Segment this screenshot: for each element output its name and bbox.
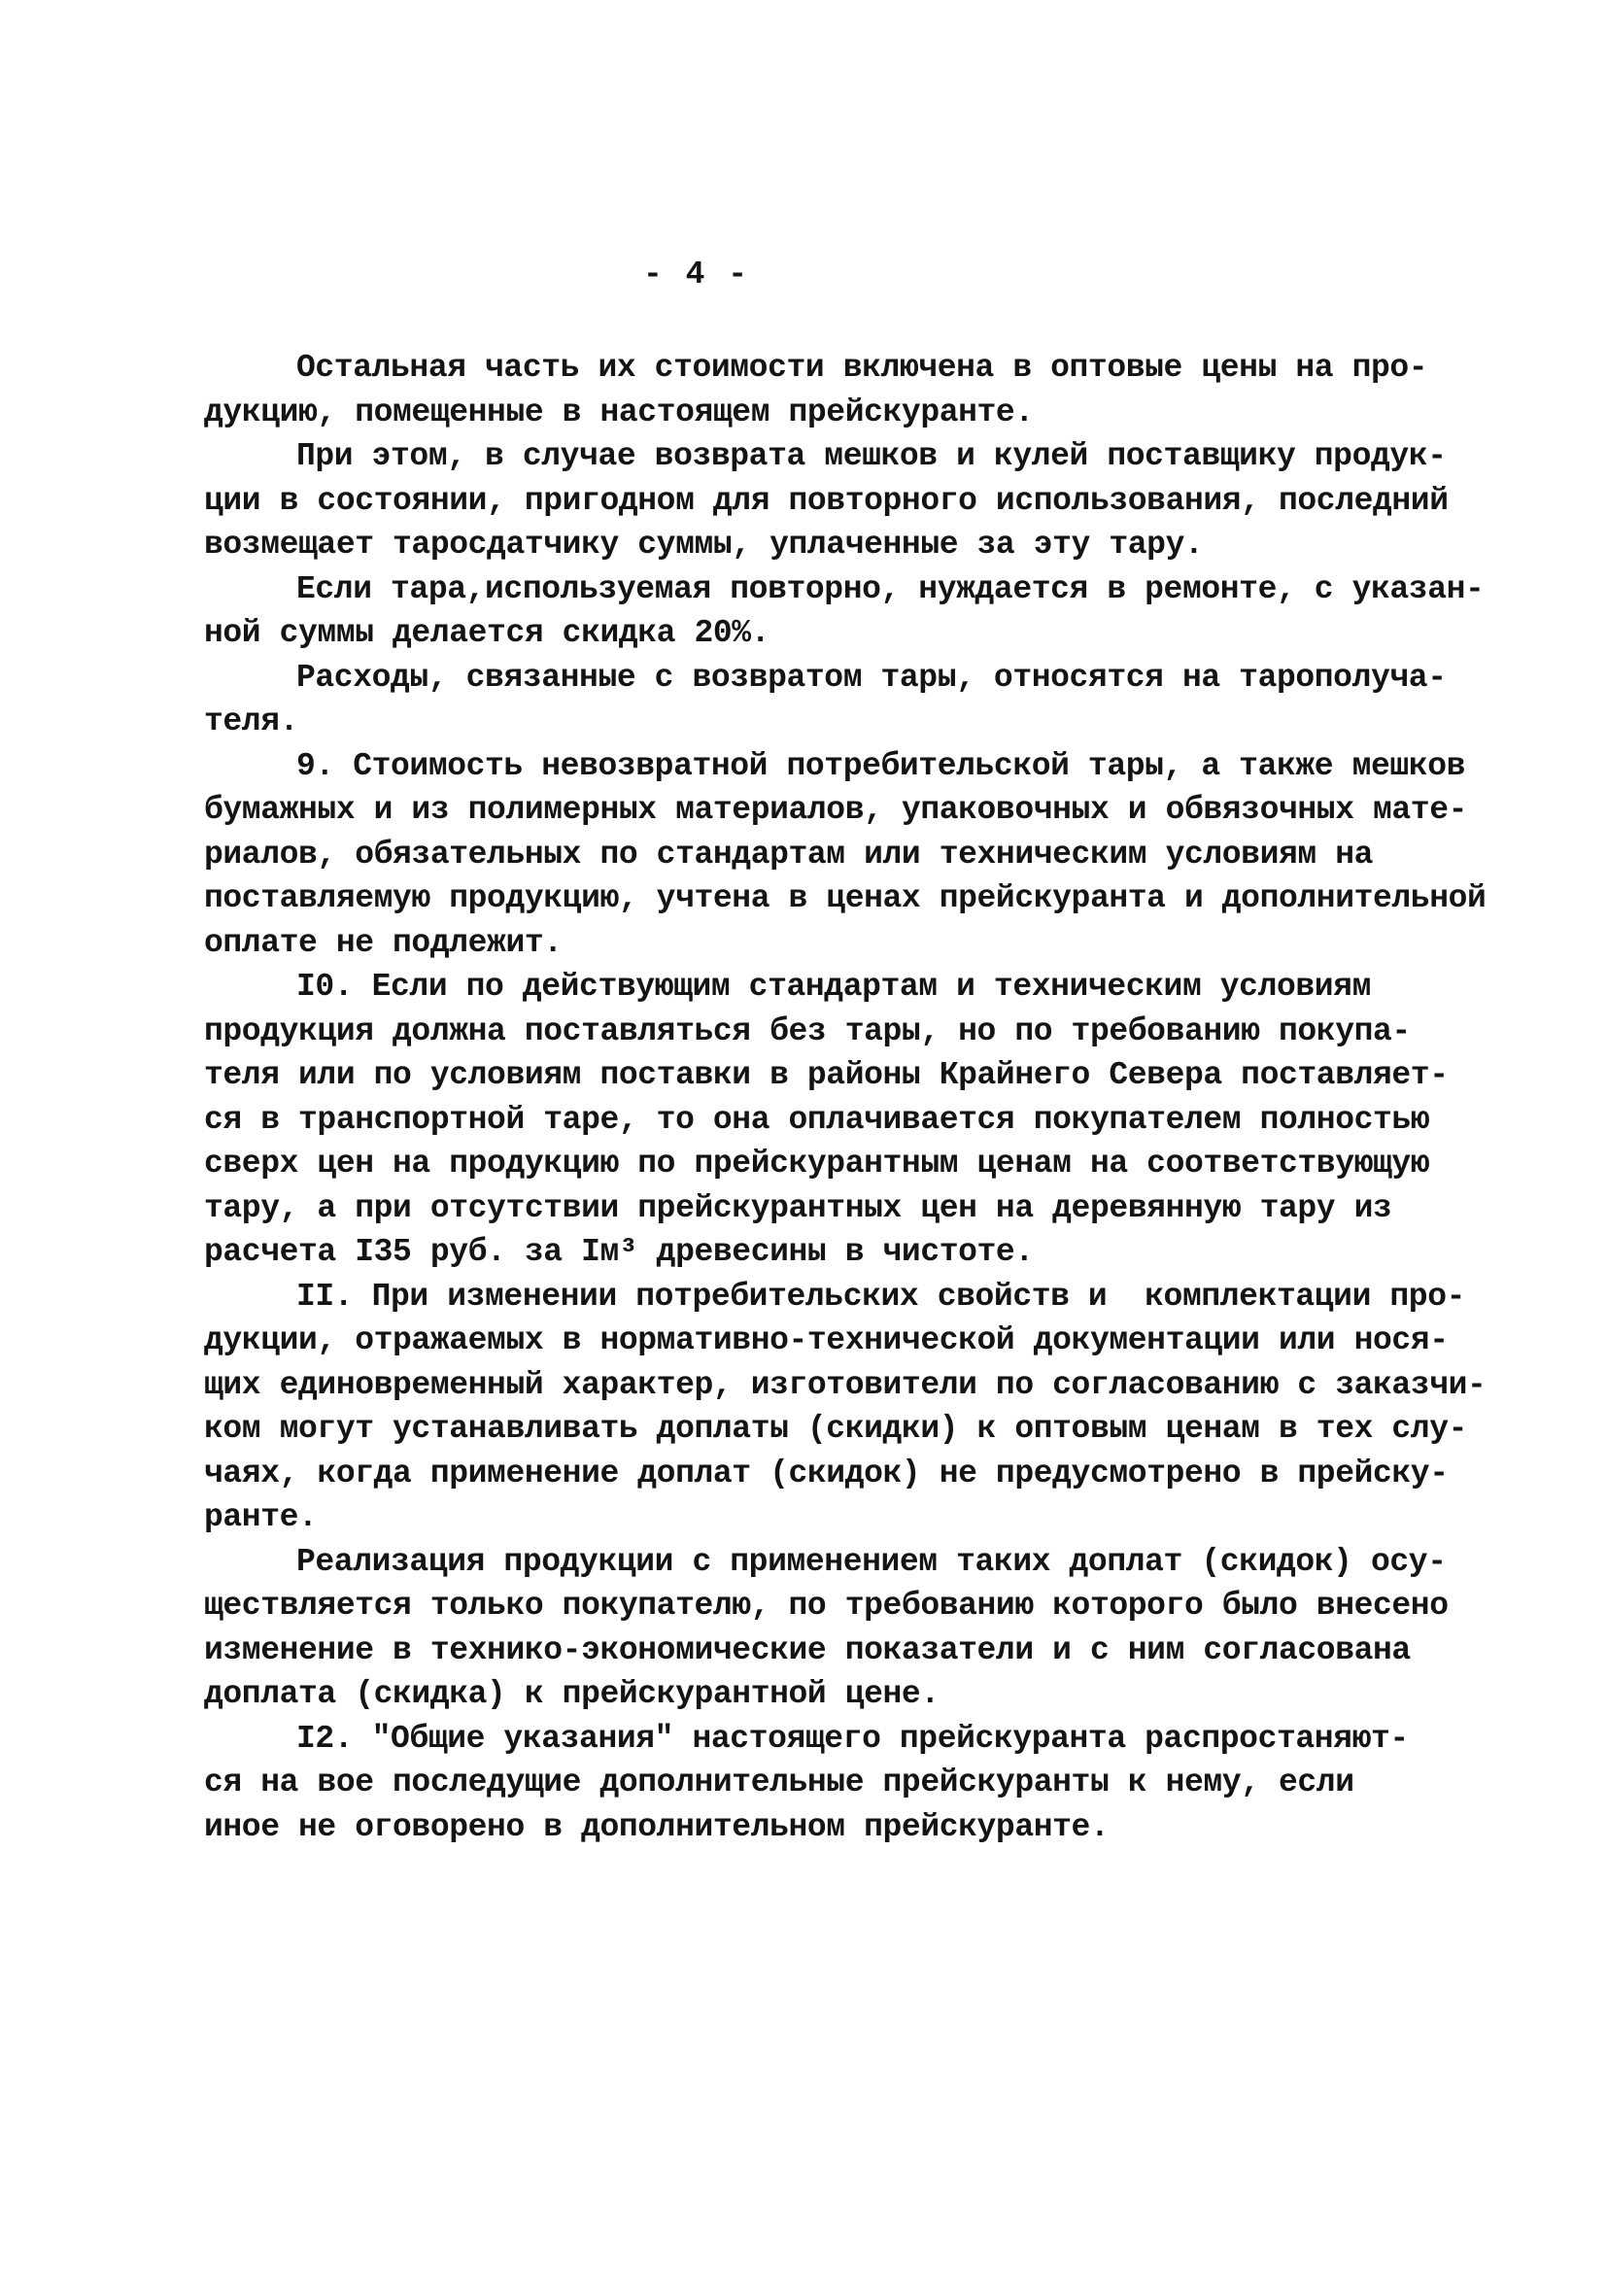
- text-line: изменение в технико-экономические показа…: [204, 1628, 1525, 1673]
- scanned-document-page: - 4 - Остальная часть их стоимости включ…: [0, 0, 1607, 2296]
- text-line: продукция должна поставляться без тары, …: [204, 1010, 1525, 1054]
- document-body-text: Остальная часть их стоимости включена в …: [204, 346, 1525, 1849]
- text-line: поставляемую продукцию, учтена в ценах п…: [204, 876, 1525, 921]
- text-line: ся на вое последущие дополнительные прей…: [204, 1761, 1525, 1805]
- text-line: Если тара,используемая повторно, нуждает…: [204, 567, 1525, 612]
- text-line: сверх цен на продукцию по прейскурантным…: [204, 1142, 1525, 1186]
- text-line: Остальная часть их стоимости включена в …: [204, 346, 1525, 391]
- text-line: I0. Если по действующим стандартам и тех…: [204, 965, 1525, 1010]
- text-line: При этом, в случае возврата мешков и кул…: [204, 434, 1525, 479]
- text-line: Расходы, связанные с возвратом тары, отн…: [204, 656, 1525, 701]
- text-line: ком могут устанавливать доплаты (скидки)…: [204, 1407, 1525, 1452]
- text-line: чаях, когда применение доплат (скидок) н…: [204, 1452, 1525, 1496]
- text-line: теля или по условиям поставки в районы К…: [204, 1053, 1525, 1098]
- text-line: доплата (скидка) к прейскурантной цене.: [204, 1672, 1525, 1717]
- text-line: I2. "Общие указания" настоящего прейскур…: [204, 1717, 1525, 1762]
- text-line: ной суммы делается скидка 20%.: [204, 611, 1525, 656]
- text-line: дукцию, помещенные в настоящем прейскура…: [204, 391, 1525, 435]
- text-line: щих единовременный характер, изготовител…: [204, 1363, 1525, 1408]
- text-line: оплате не подлежит.: [204, 921, 1525, 966]
- text-line: Реализация продукции с применением таких…: [204, 1540, 1525, 1585]
- text-line: ся в транспортной таре, то она оплачивае…: [204, 1098, 1525, 1143]
- text-line: возмещает таросдатчику суммы, уплаченные…: [204, 523, 1525, 567]
- text-line: ществляется только покупателю, по требов…: [204, 1584, 1525, 1628]
- text-line: иное не оговорено в дополнительном прейс…: [204, 1805, 1525, 1850]
- text-line: дукции, отражаемых в нормативно-техничес…: [204, 1319, 1525, 1363]
- text-line: II. При изменении потребительских свойст…: [204, 1275, 1525, 1319]
- text-line: бумажных и из полимерных материалов, упа…: [204, 788, 1525, 833]
- page-number: - 4 -: [643, 257, 749, 292]
- text-line: риалов, обязательных по стандартам или т…: [204, 833, 1525, 877]
- text-line: тару, а при отсутствии прейскурантных це…: [204, 1186, 1525, 1231]
- text-line: ранте.: [204, 1495, 1525, 1540]
- text-line: 9. Стоимость невозвратной потребительско…: [204, 744, 1525, 789]
- text-line: расчета I35 руб. за Iм³ древесины в чист…: [204, 1230, 1525, 1275]
- text-line: теля.: [204, 700, 1525, 744]
- text-line: ции в состоянии, пригодном для повторног…: [204, 479, 1525, 524]
